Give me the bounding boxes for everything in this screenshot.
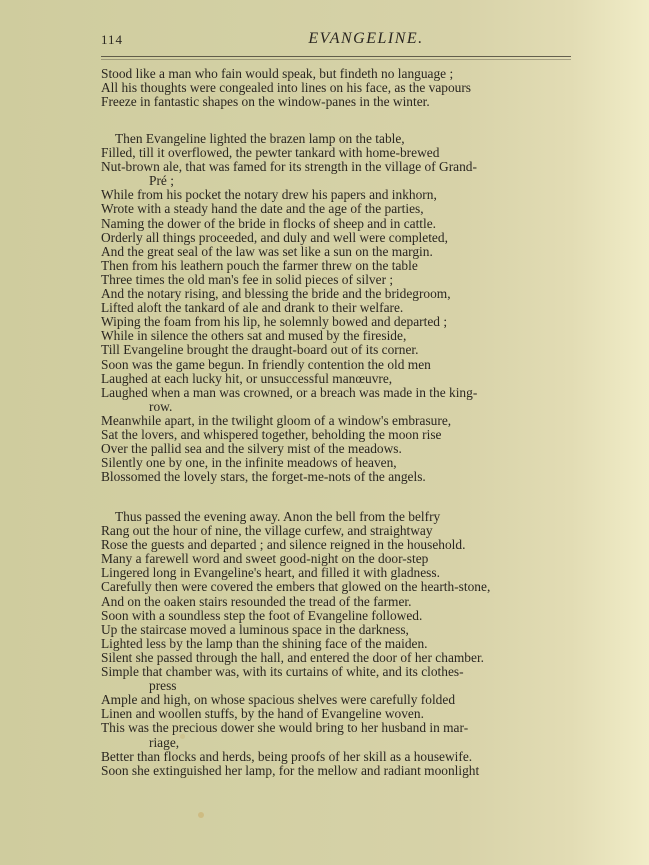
verse-line: Wrote with a steady hand the date and th…	[101, 202, 581, 216]
verse-line: Carefully then were covered the embers t…	[101, 580, 581, 594]
verse-line: Ample and high, on whose spacious shelve…	[101, 693, 581, 707]
verse-line: Lingered long in Evangeline's heart, and…	[101, 566, 581, 580]
verse-line: Blossomed the lovely stars, the forget-m…	[101, 470, 581, 484]
verse-line: And on the oaken stairs resounded the tr…	[101, 595, 581, 609]
verse-line: Rose the guests and departed ; and silen…	[101, 538, 581, 552]
verse-line: This was the precious dower she would br…	[101, 721, 581, 735]
verse-line: Stood like a man who fain would speak, b…	[101, 67, 581, 81]
stanza-1: Stood like a man who fain would speak, b…	[101, 67, 581, 109]
header-rule-shadow	[101, 59, 571, 60]
verse-line: Soon with a soundless step the foot of E…	[101, 609, 581, 623]
header-rule	[101, 56, 571, 57]
verse-line: Orderly all things proceeded, and duly a…	[101, 231, 581, 245]
verse-line: Laughed when a man was crowned, or a bre…	[101, 386, 581, 400]
verse-line: Naming the dower of the bride in flocks …	[101, 217, 581, 231]
verse-line: Over the pallid sea and the silvery mist…	[101, 442, 581, 456]
verse-line: Soon she extinguished her lamp, for the …	[101, 764, 581, 778]
verse-line: Lifted aloft the tankard of ale and dran…	[101, 301, 581, 315]
verse-line: And the notary rising, and blessing the …	[101, 287, 581, 301]
verse-line: Simple that chamber was, with its curtai…	[101, 665, 581, 679]
verse-line: Till Evangeline brought the draught-boar…	[101, 343, 581, 357]
verse-line: Rang out the hour of nine, the village c…	[101, 524, 581, 538]
verse-line: Nut-brown ale, that was famed for its st…	[101, 160, 581, 174]
verse-line: Laughed at each lucky hit, or unsuccessf…	[101, 372, 581, 386]
running-title: EVANGELINE.	[101, 30, 571, 48]
verse-line: Linen and woollen stuffs, by the hand of…	[101, 707, 581, 721]
verse-line: Silently one by one, in the infinite mea…	[101, 456, 581, 470]
verse-line: All his thoughts were congealed into lin…	[101, 81, 581, 95]
verse-line: Better than flocks and herds, being proo…	[101, 750, 581, 764]
verse-line: Thus passed the evening away. Anon the b…	[101, 510, 581, 524]
paper-stain	[198, 812, 204, 818]
verse-line: Then Evangeline lighted the brazen lamp …	[101, 132, 581, 146]
verse-line: riage,	[101, 736, 581, 750]
verse-line: press	[101, 679, 581, 693]
verse-line: Then from his leathern pouch the farmer …	[101, 259, 581, 273]
verse-line: Wiping the foam from his lip, he solemnl…	[101, 315, 581, 329]
verse-line: While in silence the others sat and muse…	[101, 329, 581, 343]
verse-line: row.	[101, 400, 581, 414]
verse-line: Pré ;	[101, 174, 581, 188]
verse-line: Freeze in fantastic shapes on the window…	[101, 95, 581, 109]
verse-line: Filled, till it overflowed, the pewter t…	[101, 146, 581, 160]
verse-line: Three times the old man's fee in solid p…	[101, 273, 581, 287]
paper-stain	[180, 734, 185, 739]
verse-line: While from his pocket the notary drew hi…	[101, 188, 581, 202]
verse-line: Lighted less by the lamp than the shinin…	[101, 637, 581, 651]
stanza-2: Then Evangeline lighted the brazen lamp …	[101, 132, 581, 484]
verse-line: Meanwhile apart, in the twilight gloom o…	[101, 414, 581, 428]
verse-line: Sat the lovers, and whispered together, …	[101, 428, 581, 442]
verse-line: Many a farewell word and sweet good-nigh…	[101, 552, 581, 566]
page-header: 114 EVANGELINE.	[101, 30, 571, 50]
verse-line: Soon was the game begun. In friendly con…	[101, 358, 581, 372]
verse-line: Up the staircase moved a luminous space …	[101, 623, 581, 637]
stanza-3: Thus passed the evening away. Anon the b…	[101, 510, 581, 778]
verse-line: Silent she passed through the hall, and …	[101, 651, 581, 665]
book-page: 114 EVANGELINE. Stood like a man who fai…	[0, 0, 649, 865]
verse-line: And the great seal of the law was set li…	[101, 245, 581, 259]
